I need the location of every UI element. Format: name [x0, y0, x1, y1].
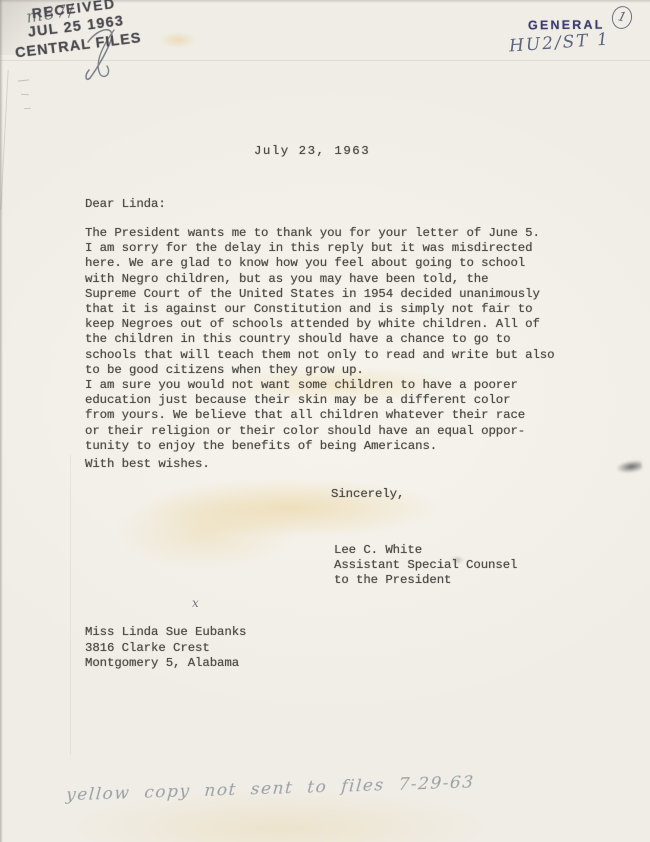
handwritten-x-mark: x — [192, 596, 199, 610]
handwritten-file-code: HU2/ST 1 — [508, 30, 610, 57]
signature-title: Assistant Special Counsel to the Preside… — [334, 558, 517, 588]
scan-edge-left — [0, 0, 3, 842]
signoff: Sincerely, — [331, 487, 404, 502]
circled-page-number-value: 1 — [616, 9, 628, 26]
body-paragraph-1: The President wants me to thank you for … — [85, 226, 554, 378]
scanned-letter-page: m87/ GENERAL HU2/ST 1 1 July 23, 1963 De… — [0, 0, 650, 842]
closing-line: With best wishes. — [85, 457, 210, 472]
received-stamp: RECEIVED JUL 25 1963 CENTRAL FILES — [0, 0, 155, 63]
letter-date: July 23, 1963 — [254, 144, 370, 159]
recipient-address: Miss Linda Sue Eubanks 3816 Clarke Crest… — [85, 625, 246, 672]
handwritten-filing-note: yellow copy not sent to files 7-29-63 — [65, 773, 475, 806]
circled-page-number: 1 — [610, 4, 635, 31]
pencil-dash — [18, 79, 29, 81]
pencil-dash — [21, 94, 29, 96]
salutation: Dear Linda: — [85, 197, 166, 212]
signature-name: Lee C. White — [334, 543, 422, 558]
ink-smudge — [615, 459, 642, 475]
body-paragraph-2: I am sure you would not want some childr… — [85, 378, 525, 454]
paper-crease-vertical — [70, 455, 71, 755]
pencil-dash — [24, 108, 31, 109]
